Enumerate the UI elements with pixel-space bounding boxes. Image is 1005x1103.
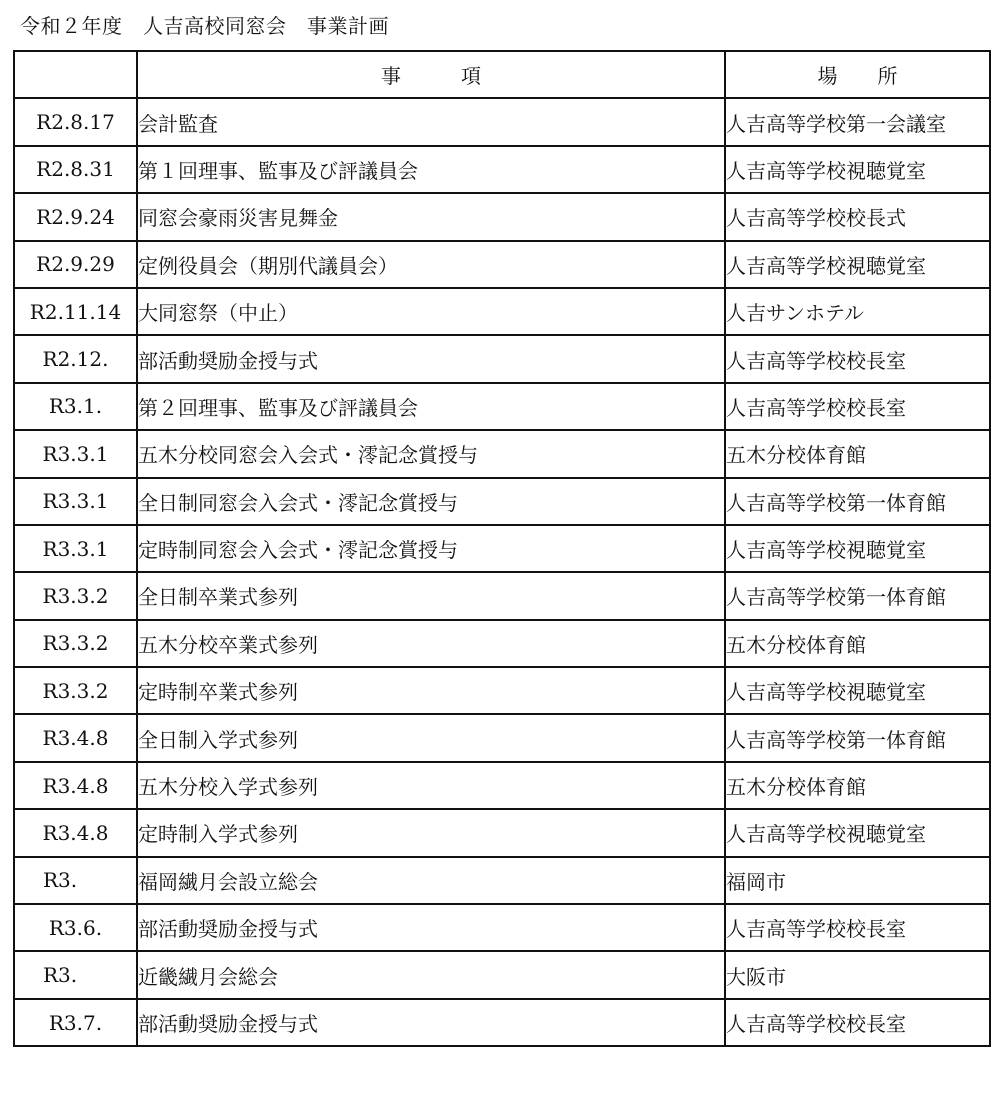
row-date: R2.8.17 <box>14 98 137 145</box>
table-row: R3.3.1全日制同窓会入会式・澪記念賞授与人吉高等学校第一体育館 <box>14 478 990 525</box>
table-row: R2.11.14大同窓祭（中止）人吉サンホテル <box>14 288 990 335</box>
row-item: 五木分校同窓会入会式・澪記念賞授与 <box>137 430 725 477</box>
row-date: R3.4.8 <box>14 714 137 761</box>
table-header-row: 事 項 場 所 <box>14 51 990 98</box>
table-row: R2.8.17会計監査人吉高等学校第一会議室 <box>14 98 990 145</box>
row-date: R3.3.2 <box>14 572 137 619</box>
row-date: R3.4.8 <box>14 762 137 809</box>
row-date: R2.11.14 <box>14 288 137 335</box>
row-item: 全日制同窓会入会式・澪記念賞授与 <box>137 478 725 525</box>
row-place: 人吉高等学校校長室 <box>725 335 990 382</box>
row-date: R3.3.1 <box>14 525 137 572</box>
row-item: 福岡繊月会設立総会 <box>137 857 725 904</box>
row-place: 五木分校体育館 <box>725 430 990 477</box>
table-row: R3.3.1定時制同窓会入会式・澪記念賞授与人吉高等学校視聴覚室 <box>14 525 990 572</box>
row-date: R2.8.31 <box>14 146 137 193</box>
table-row: R3.1.第２回理事、監事及び評議員会人吉高等学校校長室 <box>14 383 990 430</box>
header-date <box>14 51 137 98</box>
row-place: 人吉高等学校第一体育館 <box>725 478 990 525</box>
row-date: R3.3.1 <box>14 430 137 477</box>
header-place: 場 所 <box>725 51 990 98</box>
row-place: 人吉サンホテル <box>725 288 990 335</box>
row-item: 部活動奨励金授与式 <box>137 335 725 382</box>
event-plan-table: 事 項 場 所 R2.8.17会計監査人吉高等学校第一会議室R2.8.31第１回… <box>13 50 991 1047</box>
row-item: 定時制同窓会入会式・澪記念賞授与 <box>137 525 725 572</box>
row-place: 人吉高等学校校長式 <box>725 193 990 240</box>
table-row: R3.3.2五木分校卒業式参列五木分校体育館 <box>14 620 990 667</box>
row-place: 人吉高等学校視聴覚室 <box>725 146 990 193</box>
table-row: R3.3.2全日制卒業式参列人吉高等学校第一体育館 <box>14 572 990 619</box>
row-date: R3.3.1 <box>14 478 137 525</box>
table-row: R3.7.部活動奨励金授与式人吉高等学校校長室 <box>14 999 990 1046</box>
row-item: 全日制卒業式参列 <box>137 572 725 619</box>
row-item: 同窓会豪雨災害見舞金 <box>137 193 725 240</box>
table-row: R3.近畿繊月会総会大阪市 <box>14 951 990 998</box>
row-place: 人吉高等学校第一体育館 <box>725 572 990 619</box>
row-place: 人吉高等学校校長室 <box>725 383 990 430</box>
table-row: R2.9.24同窓会豪雨災害見舞金人吉高等学校校長式 <box>14 193 990 240</box>
row-date: R3. <box>14 951 137 998</box>
row-place: 五木分校体育館 <box>725 620 990 667</box>
row-date: R2.9.24 <box>14 193 137 240</box>
table-row: R2.12.部活動奨励金授与式人吉高等学校校長室 <box>14 335 990 382</box>
row-item: 大同窓祭（中止） <box>137 288 725 335</box>
row-date: R3.7. <box>14 999 137 1046</box>
row-item: 部活動奨励金授与式 <box>137 904 725 951</box>
table-row: R3.4.8定時制入学式参列人吉高等学校視聴覚室 <box>14 809 990 856</box>
table-row: R2.9.29定例役員会（期別代議員会）人吉高等学校視聴覚室 <box>14 241 990 288</box>
row-date: R2.9.29 <box>14 241 137 288</box>
row-place: 大阪市 <box>725 951 990 998</box>
table-row: R3.福岡繊月会設立総会福岡市 <box>14 857 990 904</box>
row-date: R2.12. <box>14 335 137 382</box>
header-item: 事 項 <box>137 51 725 98</box>
row-item: 近畿繊月会総会 <box>137 951 725 998</box>
document-title: 令和２年度 人吉高校同窓会 事業計画 <box>20 12 389 40</box>
table-row: R3.6.部活動奨励金授与式人吉高等学校校長室 <box>14 904 990 951</box>
row-item: 部活動奨励金授与式 <box>137 999 725 1046</box>
table-row: R3.3.2定時制卒業式参列人吉高等学校視聴覚室 <box>14 667 990 714</box>
table-row: R3.3.1五木分校同窓会入会式・澪記念賞授与五木分校体育館 <box>14 430 990 477</box>
row-item: 五木分校卒業式参列 <box>137 620 725 667</box>
row-date: R3.6. <box>14 904 137 951</box>
row-item: 定例役員会（期別代議員会） <box>137 241 725 288</box>
row-date: R3.3.2 <box>14 667 137 714</box>
row-place: 人吉高等学校視聴覚室 <box>725 241 990 288</box>
row-item: 定時制卒業式参列 <box>137 667 725 714</box>
row-date: R3.3.2 <box>14 620 137 667</box>
row-place: 人吉高等学校校長室 <box>725 904 990 951</box>
row-place: 人吉高等学校視聴覚室 <box>725 667 990 714</box>
row-place: 福岡市 <box>725 857 990 904</box>
row-place: 人吉高等学校第一会議室 <box>725 98 990 145</box>
row-item: 会計監査 <box>137 98 725 145</box>
row-item: 定時制入学式参列 <box>137 809 725 856</box>
table-row: R3.4.8全日制入学式参列人吉高等学校第一体育館 <box>14 714 990 761</box>
row-place: 人吉高等学校校長室 <box>725 999 990 1046</box>
row-date: R3.4.8 <box>14 809 137 856</box>
row-place: 人吉高等学校第一体育館 <box>725 714 990 761</box>
table-row: R3.4.8五木分校入学式参列五木分校体育館 <box>14 762 990 809</box>
row-place: 五木分校体育館 <box>725 762 990 809</box>
row-item: 五木分校入学式参列 <box>137 762 725 809</box>
table-row: R2.8.31第１回理事、監事及び評議員会人吉高等学校視聴覚室 <box>14 146 990 193</box>
row-date: R3. <box>14 857 137 904</box>
row-date: R3.1. <box>14 383 137 430</box>
row-place: 人吉高等学校視聴覚室 <box>725 809 990 856</box>
row-item: 第１回理事、監事及び評議員会 <box>137 146 725 193</box>
row-item: 全日制入学式参列 <box>137 714 725 761</box>
row-item: 第２回理事、監事及び評議員会 <box>137 383 725 430</box>
row-place: 人吉高等学校視聴覚室 <box>725 525 990 572</box>
